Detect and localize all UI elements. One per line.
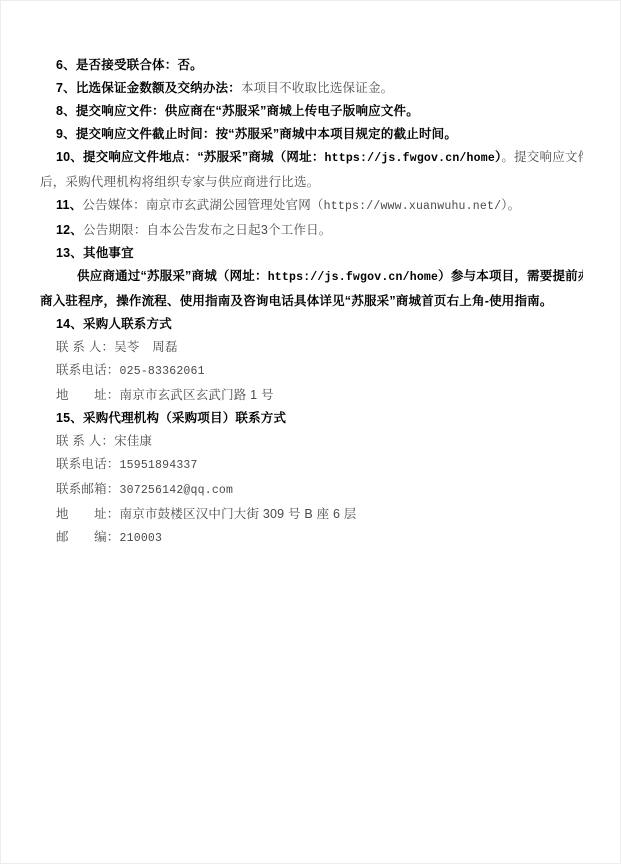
item-12-seg-0: 12、: [56, 223, 83, 237]
item-10-line-1-seg-0: 10、提交响应文件地点：: [56, 150, 197, 164]
item-13-para-line-1-seg-2: ）参与本项目，需要提前办理供应: [438, 269, 583, 283]
item-9: 9、提交响应文件截止时间：按“苏服采”商城中本项目规定的截止时间。: [40, 127, 583, 141]
item-13: 13、其他事宜: [40, 246, 583, 260]
agency-contact-address-seg-0: 地 址：南京市鼓楼区汉中门大街 309 号 B 座 6 层: [56, 507, 356, 521]
item-13-para-line-1: 供应商通过“苏服采”商城（网址：https://js.fwgov.cn/home…: [40, 269, 583, 285]
agency-contact-person-seg-0: 联 系 人：宋佳康: [56, 434, 152, 448]
item-15: 15、采购代理机构（采购项目）联系方式: [40, 411, 583, 425]
purchaser-contact-phone-seg-0: 联系电话：: [56, 363, 120, 377]
item-10-line-2: 后，采购代理机构将组织专家与供应商进行比选。: [40, 175, 583, 189]
agency-contact-zip-seg-0: 邮 编：: [56, 530, 120, 544]
item-10-line-1-seg-2: https://js.fwgov.cn/home: [325, 152, 495, 165]
item-6: 6、是否接受联合体：否。: [40, 58, 583, 72]
item-13-para-line-1-seg-0: 供应商通过“苏服采”商城（网址：: [77, 269, 268, 283]
agency-contact-address: 地 址：南京市鼓楼区汉中门大街 309 号 B 座 6 层: [40, 507, 583, 521]
item-13-para-line-1-seg-1: https://js.fwgov.cn/home: [268, 271, 438, 284]
document-body: 6、是否接受联合体：否。7、比选保证金数额及交纳办法：本项目不收取比选保证金。8…: [0, 0, 621, 546]
item-14-seg-0: 14、采购人联系方式: [56, 317, 172, 331]
agency-contact-phone: 联系电话：15951894337: [40, 457, 583, 473]
item-7: 7、比选保证金数额及交纳办法：本项目不收取比选保证金。: [40, 81, 583, 95]
agency-contact-person: 联 系 人：宋佳康: [40, 434, 583, 448]
item-8: 8、提交响应文件：供应商在“苏服采”商城上传电子版响应文件。: [40, 104, 583, 118]
agency-contact-phone-seg-0: 联系电话：: [56, 457, 120, 471]
item-10-line-1-seg-1: “苏服采”商城（网址：: [197, 150, 324, 164]
item-13-para-line-2-seg-0: 商入驻程序，操作流程、使用指南及咨询电话具体详见“苏服采”商城首页右上角-使用指…: [40, 294, 553, 308]
item-9-seg-0: 9、提交响应文件截止时间：: [56, 127, 216, 141]
purchaser-contact-phone: 联系电话：025-83362061: [40, 363, 583, 379]
item-7-seg-0: 7、比选保证金数额及交纳办法：: [56, 81, 241, 95]
purchaser-contact-address: 地 址：南京市玄武区玄武门路 1 号: [40, 388, 583, 402]
item-11-seg-2: https://www.xuanwuhu.net/: [324, 200, 502, 213]
purchaser-contact-phone-seg-1: 025-83362061: [120, 365, 205, 378]
item-7-seg-1: 本项目不收取比选保证金。: [241, 81, 393, 95]
item-10-line-2-seg-0: 后，采购代理机构将组织专家与供应商进行比选。: [40, 175, 319, 189]
item-6-seg-0: 6、是否接受联合体：否。: [56, 58, 203, 72]
item-11-seg-3: ）。: [501, 198, 520, 212]
document-page: 6、是否接受联合体：否。7、比选保证金数额及交纳办法：本项目不收取比选保证金。8…: [0, 0, 621, 864]
agency-contact-email: 联系邮箱：307256142@qq.com: [40, 482, 583, 498]
purchaser-contact-person-seg-0: 联 系 人：吴苓 周磊: [56, 340, 178, 354]
item-11-seg-0: 11、: [56, 198, 82, 212]
agency-contact-phone-seg-1: 15951894337: [120, 459, 198, 472]
item-11-seg-1: 公告媒体：南京市玄武湖公园管理处官网（: [82, 198, 323, 212]
item-12: 12、公告期限：自本公告发布之日起3个工作日。: [40, 223, 583, 237]
purchaser-contact-address-seg-0: 地 址：南京市玄武区玄武门路 1 号: [56, 388, 274, 402]
agency-contact-zip: 邮 编：210003: [40, 530, 583, 546]
agency-contact-email-seg-0: 联系邮箱：: [56, 482, 120, 496]
item-13-para-line-2: 商入驻程序，操作流程、使用指南及咨询电话具体详见“苏服采”商城首页右上角-使用指…: [40, 294, 583, 308]
item-8-seg-0: 8、提交响应文件：供应商在“苏服采”商城上传电子版响应文件。: [56, 104, 419, 118]
agency-contact-zip-seg-1: 210003: [120, 532, 163, 545]
item-15-seg-0: 15、采购代理机构（采购项目）联系方式: [56, 411, 286, 425]
item-10-line-1-seg-4: 。提交响应文件截止时间过: [501, 150, 583, 164]
item-11: 11、公告媒体：南京市玄武湖公园管理处官网（https://www.xuanwu…: [40, 198, 583, 214]
item-13-seg-0: 13、其他事宜: [56, 246, 134, 260]
item-14: 14、采购人联系方式: [40, 317, 583, 331]
item-12-seg-1: 公告期限：自本公告发布之日起3个工作日。: [83, 223, 331, 237]
item-10-line-1: 10、提交响应文件地点：“苏服采”商城（网址：https://js.fwgov.…: [40, 150, 583, 166]
purchaser-contact-person: 联 系 人：吴苓 周磊: [40, 340, 583, 354]
agency-contact-email-seg-1: 307256142@qq.com: [120, 484, 234, 497]
item-9-seg-1: 按“苏服采”商城中本项目规定的截止时间。: [216, 127, 465, 141]
